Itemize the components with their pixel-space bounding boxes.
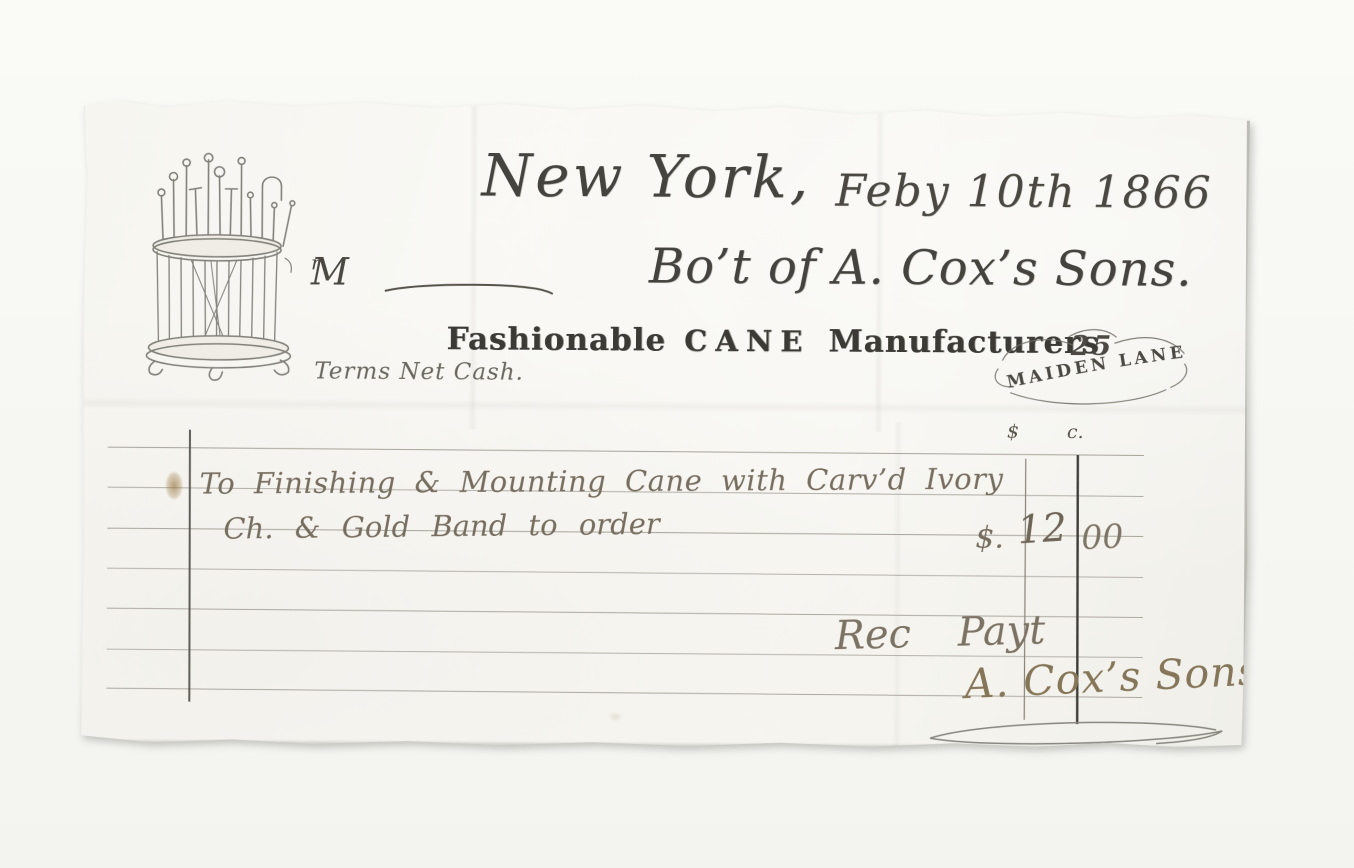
signature-flourish-icon: [916, 714, 1236, 756]
scanned-billhead: New York, Feby 10th 1866 Mr Bo’t of A. C…: [0, 0, 1354, 868]
entry-line-1: To Finishing & Mounting Cane with Carv’d…: [200, 462, 1004, 501]
received-payment-note: Rec Payt: [834, 607, 1046, 659]
paper-sheet: New York, Feby 10th 1866 Mr Bo’t of A. C…: [80, 97, 1250, 750]
entry-line-2: Ch. & Gold Band to order: [223, 507, 660, 546]
left-column-rule: [188, 430, 191, 702]
amount-cents: 00: [1080, 516, 1124, 557]
amount-dollars: 12: [1016, 505, 1068, 553]
dollars-column-header: $: [1007, 421, 1019, 443]
paper-stain: [1124, 751, 1152, 767]
paper-surface: New York, Feby 10th 1866 Mr Bo’t of A. C…: [80, 97, 1250, 750]
ink-stain: [166, 472, 183, 500]
paper-stain: [608, 712, 622, 721]
amount-prefix: $.: [975, 520, 1004, 555]
cents-column-header: c.: [1067, 421, 1084, 443]
